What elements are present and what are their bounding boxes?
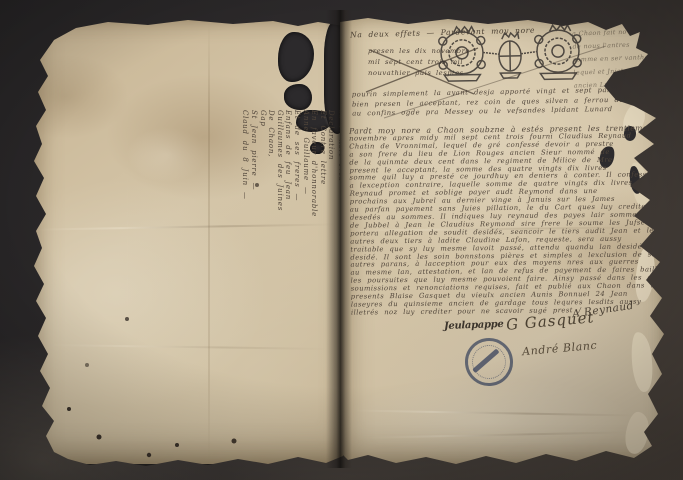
left-page-surface: 17 du 17 Xbre 1703DeclarationEt Contre l… bbox=[28, 16, 343, 464]
torn-paper-flap bbox=[623, 410, 652, 455]
fiscal-stamp-icon bbox=[429, 21, 590, 86]
docket-line: Gap bbox=[258, 110, 267, 300]
ink-specks bbox=[28, 16, 30, 18]
manuscript-photo: 17 du 17 Xbre 1703DeclarationEt Contre l… bbox=[0, 0, 683, 480]
docket-line: De Chaon, bbox=[267, 110, 276, 300]
torn-hole bbox=[278, 32, 314, 82]
horizontal-crease bbox=[368, 431, 628, 438]
torn-hole bbox=[284, 84, 312, 110]
docket-line: Declaration bbox=[327, 110, 336, 300]
intro-paragraph: pourin simplement la ayant desja apporté… bbox=[352, 85, 642, 119]
torn-paper-flap bbox=[629, 331, 654, 393]
right-page: Na deux effets — Pardevant moy nore a Ch… bbox=[338, 14, 668, 466]
folio-corner-note: 17 bbox=[295, 17, 305, 26]
docket-line: St Jean pierre — bbox=[249, 110, 258, 300]
vertical-crease bbox=[208, 22, 210, 460]
docket-line: Et Contre lettre bbox=[318, 110, 327, 300]
deed-body-text: Pardt moy nore a Chaon soubzne à estés p… bbox=[349, 124, 653, 317]
horizontal-crease bbox=[354, 410, 634, 417]
docket-line: Guillaumes des Juines bbox=[275, 110, 284, 300]
archive-round-stamp-icon bbox=[463, 336, 516, 389]
notary-paraph: Jeulapappe bbox=[444, 319, 504, 332]
docket-title-rotated: du 17 Xbre 1703DeclarationEt Contre lett… bbox=[240, 110, 344, 300]
horizontal-crease bbox=[48, 344, 328, 350]
docket-line: Claud du 8 Juin — bbox=[241, 110, 250, 300]
left-page: 17 du 17 Xbre 1703DeclarationEt Contre l… bbox=[28, 16, 343, 464]
docket-line: Anne Guillaume — bbox=[301, 110, 310, 300]
docket-line: En faveur d'honnorable bbox=[310, 110, 319, 300]
right-page-surface: Na deux effets — Pardevant moy nore a Ch… bbox=[338, 14, 668, 466]
signature-blanc: André Blanc bbox=[522, 339, 598, 359]
docket-line: Enfans de feu Jean bbox=[284, 110, 293, 300]
docket-line: Et de ses freres — bbox=[292, 110, 301, 300]
